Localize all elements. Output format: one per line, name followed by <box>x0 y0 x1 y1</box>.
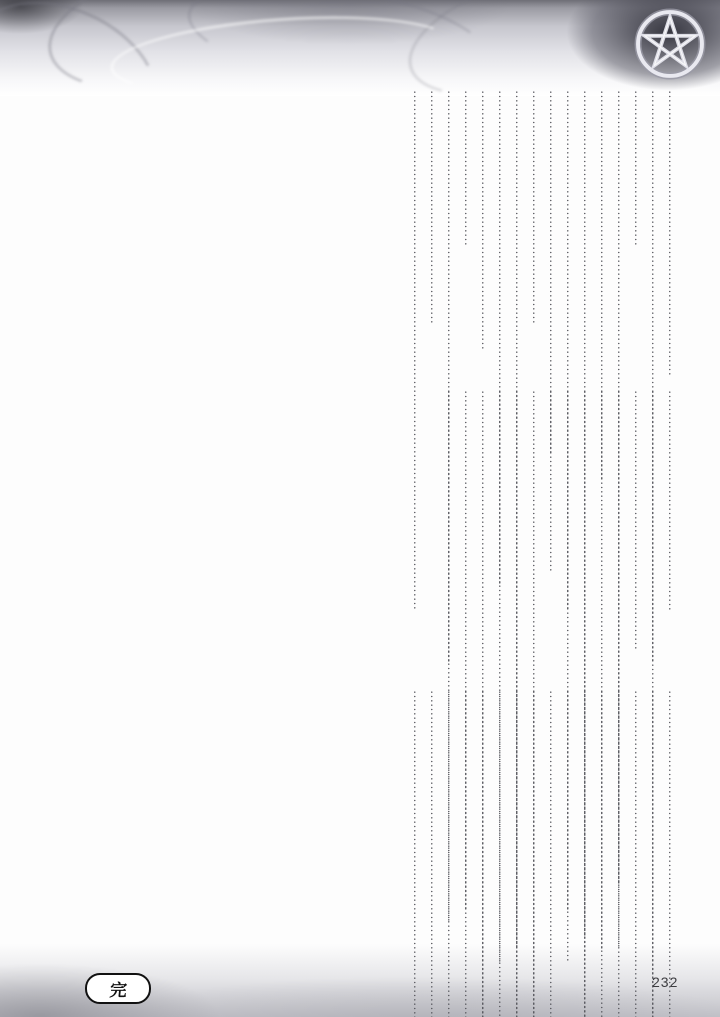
redacted-paragraph: …………………………………………………………………………………………………… <box>614 390 631 668</box>
redacted-paragraph: ……………………………………………………………………………… <box>410 690 427 968</box>
redacted-paragraph: …………………………………………………………………………………………………………… <box>461 690 478 968</box>
redacted-paragraph: …………………………………………………………………………………………………………… <box>597 390 614 668</box>
text-band-2: …………………………………………………………………………………………………………… <box>444 390 682 668</box>
redacted-paragraph: ……………………………………………………… <box>444 390 461 668</box>
redacted-paragraph: …………………………………………………………………………………………………………… <box>580 390 597 668</box>
redacted-paragraph: ……………………………………………… <box>427 90 444 368</box>
end-mark-badge: 完 <box>85 973 151 1004</box>
redacted-paragraph: ………………………………………………………………………………………………………… <box>563 90 580 368</box>
redacted-paragraph: …………………………………………………………………………………………………………… <box>495 90 512 368</box>
redacted-paragraph: …………………………………………………………………………………………………………… <box>529 390 546 668</box>
redacted-paragraph: ………………………………………………… <box>580 690 597 968</box>
redacted-paragraph: ………………………………………………………………………………………………………… <box>665 690 682 968</box>
page-number: 232 <box>652 974 678 990</box>
redacted-paragraph: ……………………………… <box>461 90 478 368</box>
redacted-paragraph: ………………………………………………………………………………………………………… <box>461 390 478 668</box>
redacted-paragraph: …………………………………………………… <box>597 690 614 968</box>
redacted-paragraph: …………………………………………………………………………………………………………… <box>563 390 580 668</box>
redacted-paragraph: …………………………………………………… <box>631 390 648 668</box>
redacted-paragraph: …………………………………………… <box>563 690 580 968</box>
pentagram-icon <box>631 5 709 83</box>
redacted-paragraph: ……………………………………………… <box>529 90 546 368</box>
redacted-paragraph: …………………………………………… <box>665 390 682 668</box>
end-mark-character: 完 <box>108 976 128 1001</box>
redacted-paragraph: …………………………………………………………………………………………………………… <box>580 90 597 368</box>
redacted-paragraph: ……………………………………………………………………………… <box>597 90 614 368</box>
redacted-paragraph: ………………………………………………………………………………………………………… <box>529 690 546 968</box>
redacted-paragraph: ………………………………………………………………………… <box>546 90 563 368</box>
redacted-paragraph: …………………………………………………………………………………………………………… <box>478 390 495 668</box>
redacted-paragraph: …………………………………………………………………………………………………………… <box>512 90 529 368</box>
redacted-paragraph: ………………………………………………………………………………………………………… <box>444 690 461 968</box>
redacted-paragraph: …………………………………………………………………………………………………………… <box>512 690 529 968</box>
redacted-paragraph: …………………………………………………………………………………………………………… <box>648 390 665 668</box>
header-ink-wash-artwork <box>0 0 720 96</box>
redacted-paragraph: …………………………………………………………………………………………………………… <box>512 390 529 668</box>
redacted-paragraph: …………………………………………………………………………………………………………… <box>648 90 665 368</box>
redacted-paragraph: …………………………………………………………………………………………………………… <box>648 690 665 968</box>
redacted-paragraph: …………………………………………………… <box>478 90 495 368</box>
text-band-1: …………………………………………………………………………………………………………… <box>410 90 682 368</box>
redacted-paragraph: ……………………………… <box>631 90 648 368</box>
redacted-paragraph: …………………………………………………………………………………………………………… <box>614 90 631 368</box>
redacted-paragraph: …………………………………………………………………………………………………………… <box>444 90 461 368</box>
redacted-paragraph: …………………………………………………………………………………………………………… <box>478 690 495 968</box>
redacted-paragraph: ……………………………………………………… <box>495 690 512 968</box>
redacted-paragraph: ………………………………………………………………………………………………………… <box>410 90 427 368</box>
novel-page: …………………………………………………………………………………………………………… <box>0 0 720 1017</box>
redacted-paragraph: ………………………………………………………… <box>665 90 682 368</box>
redacted-paragraph: …………………………………………………………………………………………………………… <box>631 690 648 968</box>
redacted-paragraph: …………………………………………………………………………………………………… <box>427 690 444 968</box>
redacted-paragraph: …………………………………………………………………………………………………………… <box>614 690 631 968</box>
redacted-paragraph: …………………………………………………………………………………………………………… <box>546 690 563 968</box>
redacted-paragraph: ……………………………………… <box>495 390 512 668</box>
text-band-3: …………………………………………………………………………………………………………… <box>410 690 682 968</box>
redacted-paragraph: …………………………………… <box>546 390 563 668</box>
